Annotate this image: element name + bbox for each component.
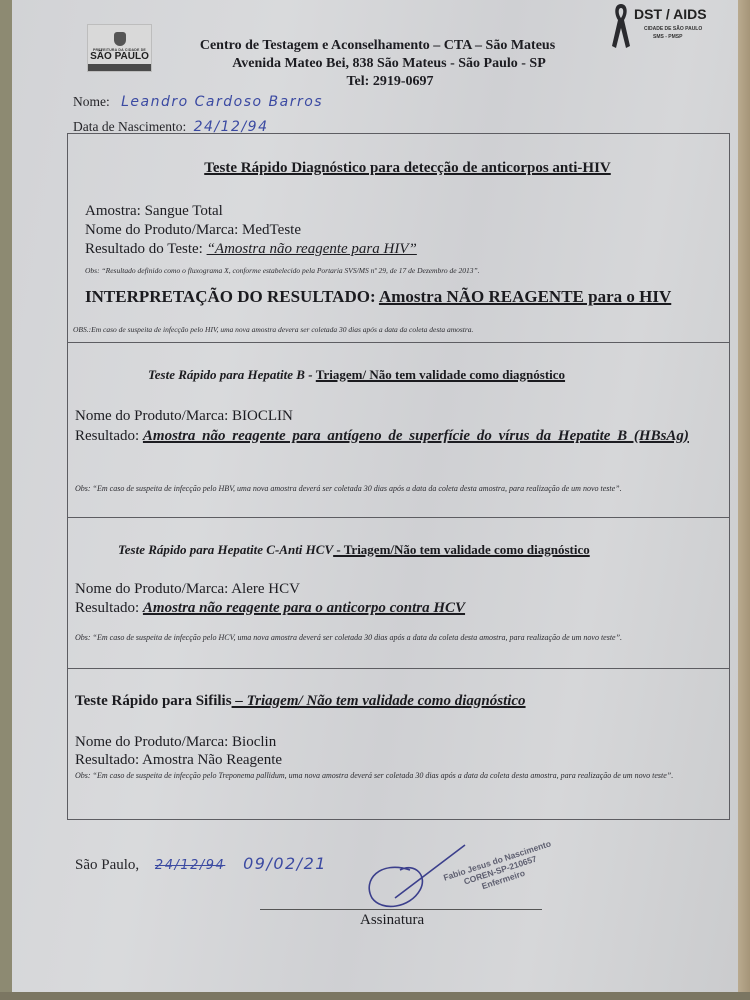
hiv-product: Nome do Produto/Marca: MedTeste: [85, 222, 301, 239]
header-line-2: Avenida Mateo Bei, 838 São Mateus - São …: [203, 55, 575, 73]
hepc-title-plain: Teste Rápido para Hepatite C-Anti HCV: [118, 542, 333, 557]
sifilis-product: Nome do Produto/Marca: Bioclin: [75, 734, 276, 751]
hepb-result: Resultado: Amostra não reagente para ant…: [75, 427, 715, 446]
hepb-result-label: Resultado:: [75, 428, 139, 444]
hiv-title: Teste Rápido Diagnóstico para detecção d…: [68, 160, 729, 177]
name-label: Nome:: [73, 94, 110, 109]
hepb-obs: Obs: “Em caso de suspeita de infecção pe…: [75, 483, 715, 494]
awareness-ribbon-icon: [610, 2, 632, 50]
city-crest-icon: [114, 32, 126, 46]
struck-date: 24/12/94: [155, 858, 225, 873]
hepc-result: Resultado: Amostra não reagente para o a…: [75, 600, 465, 617]
hiv-result: Resultado do Teste: “Amostra não reagent…: [85, 241, 417, 258]
dst-aids-logo: DST / AIDS CIDADE DE SÃO PAULO SMS - PMS…: [610, 2, 730, 50]
sifilis-obs: Obs: “Em caso de suspeita de infecção pe…: [75, 770, 720, 781]
issue-date: 09/02/21: [243, 854, 327, 873]
dob-label: Data de Nascimento:: [73, 119, 186, 134]
hiv-obs-2: OBS.:Em caso de suspeita de infecção pel…: [73, 324, 473, 335]
header-line-3: Tel: 2919-0697: [205, 73, 575, 91]
logo-city: SÃO PAULO: [90, 52, 149, 62]
section-hiv: Teste Rápido Diagnóstico para detecção d…: [68, 134, 729, 343]
sifilis-title-underlined: – Triagem/ Não tem validade como diagnós…: [232, 693, 526, 709]
sifilis-title-plain: Teste Rápido para Sifilis: [75, 693, 232, 709]
city-label: São Paulo,: [75, 857, 139, 873]
background-bottom: [0, 992, 750, 1000]
hiv-result-label: Resultado do Teste:: [85, 241, 203, 257]
hepb-result-value: Amostra não reagente para antígeno de su…: [143, 428, 689, 444]
hepc-obs: Obs: “Em caso de suspeita de infecção pe…: [75, 632, 715, 643]
hiv-obs-1: Obs: “Resultado definido como o fluxogra…: [85, 265, 480, 276]
institution-header: Centro de Testagem e Aconselhamento – CT…: [185, 37, 575, 91]
hepc-title-underlined: - Triagem/Não tem validade como diagnóst…: [333, 542, 590, 557]
name-value: Leandro Cardoso Barros: [121, 94, 323, 110]
footer-place-date: São Paulo, 24/12/94 09/02/21: [75, 854, 327, 874]
hepc-title: Teste Rápido para Hepatite C-Anti HCV - …: [118, 542, 590, 558]
hepb-title-underlined: Triagem/ Não tem validade como diagnósti…: [316, 367, 565, 382]
section-hepatite-b: Teste Rápido para Hepatite B - Triagem/ …: [68, 343, 729, 518]
results-table: Teste Rápido Diagnóstico para detecção d…: [67, 133, 730, 820]
hepb-title: Teste Rápido para Hepatite B - Triagem/ …: [148, 367, 565, 383]
signature-label: Assinatura: [360, 912, 424, 929]
logo-subbar: [88, 64, 151, 71]
hepc-result-label: Resultado:: [75, 600, 139, 616]
section-sifilis: Teste Rápido para Sifilis – Triagem/ Não…: [68, 669, 729, 819]
hepc-result-value: Amostra não reagente para o anticorpo co…: [143, 600, 465, 616]
sifilis-result: Resultado: Amostra Não Reagente: [75, 752, 282, 769]
interp-label: INTERPRETAÇÃO DO RESULTADO:: [85, 287, 376, 306]
logo-title: DST / AIDS: [634, 6, 707, 22]
background-edge: [738, 0, 750, 1000]
signature-line: [260, 909, 542, 910]
hiv-result-value: “Amostra não reagente para HIV”: [207, 241, 417, 257]
logo-line3: SMS - PMSP: [653, 34, 682, 40]
interp-value: Amostra NÃO REAGENTE para o HIV: [379, 287, 671, 306]
sifilis-title: Teste Rápido para Sifilis – Triagem/ Não…: [75, 693, 526, 710]
hiv-interpretation: INTERPRETAÇÃO DO RESULTADO: Amostra NÃO …: [85, 287, 671, 307]
header-line-1: Centro de Testagem e Aconselhamento – CT…: [180, 37, 575, 55]
prefeitura-logo: PREFEITURA DA CIDADE DE SÃO PAULO: [87, 24, 152, 72]
hepc-product: Nome do Produto/Marca: Alere HCV: [75, 581, 300, 598]
section-hepatite-c: Teste Rápido para Hepatite C-Anti HCV - …: [68, 518, 729, 669]
hiv-sample: Amostra: Sangue Total: [85, 203, 223, 220]
patient-name-field: Nome: Leandro Cardoso Barros: [73, 94, 323, 110]
hepb-product: Nome do Produto/Marca: BIOCLIN: [75, 408, 293, 425]
hepb-title-plain: Teste Rápido para Hepatite B -: [148, 367, 313, 382]
logo-line2: CIDADE DE SÃO PAULO: [644, 26, 702, 32]
